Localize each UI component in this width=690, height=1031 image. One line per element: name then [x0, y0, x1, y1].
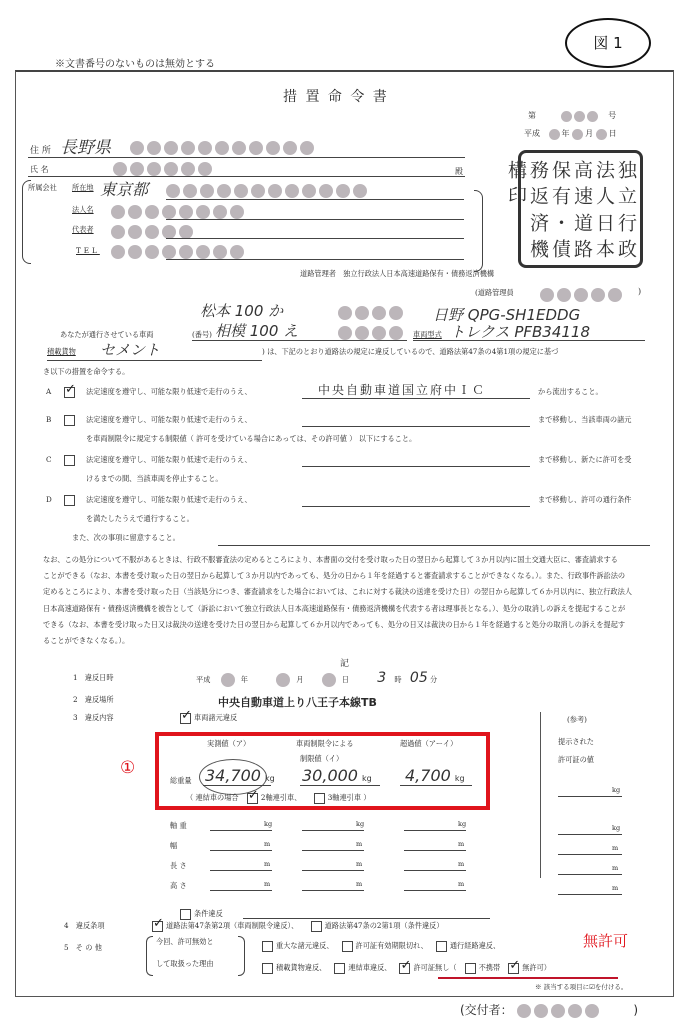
other-option-text: 積載貨物違反、	[276, 963, 326, 972]
redacted-mark	[517, 1004, 531, 1018]
redacted-mark	[572, 129, 583, 140]
spec-violation-checkbox[interactable]	[180, 713, 191, 724]
reference-divider	[540, 712, 541, 878]
order-continuation: を車両制限令に規定する制限値（ 許可を受けている場合にあっては、その許可値 ） …	[86, 431, 416, 447]
seal-char: 務	[527, 156, 549, 183]
measure-blank-line	[302, 850, 364, 851]
measure-unit: m	[458, 860, 464, 868]
redacted-mark	[587, 111, 598, 122]
also-comply: また、次の事項に留意すること。	[72, 530, 180, 546]
measure-blank-line	[210, 830, 272, 831]
order-checkbox[interactable]	[64, 415, 75, 426]
reference-unit: m	[612, 884, 618, 892]
measure-blank-line	[404, 850, 466, 851]
col-excess: 超過値（アーイ）	[400, 736, 457, 752]
reference-line1: 提示された	[558, 734, 594, 750]
hour-unit: 時	[394, 675, 401, 684]
road-manager-redacted	[540, 284, 625, 303]
other-option-text: 連結車違反、	[348, 963, 391, 972]
trailer-3axle-text: 3軸連引車 ）	[328, 793, 371, 802]
other-option: 無許可）	[508, 963, 551, 972]
month-unit: 月	[296, 675, 303, 684]
gross-weight-label: 総重量	[170, 773, 192, 789]
seal-char: 本	[593, 236, 615, 263]
issuer-close: )	[633, 1003, 638, 1017]
redacted-mark	[549, 129, 560, 140]
col-limit-line1: 車両制限令による	[296, 736, 354, 752]
plate-line-1: 松本 100 か	[200, 300, 283, 321]
no-permit-annotation: 無許可	[583, 930, 628, 951]
other-options-row1: 重大な諸元違反、許可証有効期限切れ、通行経路違反、	[262, 938, 508, 954]
other-options-row2: 積載貨物違反、連結車違反、許可証無し（不携帯無許可）	[262, 960, 559, 976]
redacted-mark	[221, 673, 235, 687]
measure-blank-line	[210, 870, 272, 871]
plate-line-2: 相模 100 え	[215, 320, 298, 341]
gross-limit: 30,000kg	[302, 766, 372, 785]
other-option-checkbox[interactable]	[342, 941, 353, 952]
order-tail: から流出すること。	[538, 384, 603, 400]
redacted-mark	[276, 673, 290, 687]
violation-content: 車両諸元違反	[180, 710, 237, 726]
address-label: 住 所	[30, 143, 51, 156]
col-actual: 実測値（ア）	[207, 736, 250, 752]
other-option-checkbox[interactable]	[334, 963, 345, 974]
other-option-checkbox[interactable]	[436, 941, 447, 952]
seal-char: 行	[615, 209, 637, 236]
reference-blank-line	[558, 874, 622, 875]
other-option-text: 無許可）	[522, 963, 551, 972]
other-option-text: 通行経路違反、	[450, 941, 500, 950]
name-label: 氏 名	[30, 164, 49, 175]
name-redacted	[113, 158, 215, 177]
day-unit: 日	[342, 675, 349, 684]
other-option: 不携帯	[465, 963, 501, 972]
clause-47-2-1-text: 道路法第47条の2第1項（条件違反）	[325, 921, 444, 930]
measure-unit: m	[458, 840, 464, 848]
order-text: 法定速度を遵守し、可能な限り低速で走行のうえ、	[86, 452, 252, 468]
redacted-mark	[322, 673, 336, 687]
order-letter: A	[46, 384, 51, 400]
other-option: 重大な諸元違反、	[262, 941, 334, 950]
measure-unit: m	[458, 880, 464, 888]
clause-47-2-checkbox[interactable]	[152, 921, 163, 932]
year-unit: 年	[241, 675, 248, 684]
company-location-label: 所在地	[72, 180, 94, 196]
order-checkbox[interactable]	[64, 387, 75, 398]
plate-line-1-redacted	[338, 302, 406, 321]
order-text: 法定速度を遵守し、可能な限り低速で走行のうえ、	[86, 492, 252, 508]
redacted-mark	[534, 1004, 548, 1018]
violation-place-label: 2 違反場所	[73, 692, 114, 708]
tel-label: TEL	[76, 243, 100, 259]
seal-char: 立	[615, 183, 637, 210]
other-option: 連結車違反、	[334, 963, 391, 972]
corporation-redacted	[111, 201, 247, 220]
seal-char: 政	[615, 236, 637, 263]
company-location-value: 東京都	[100, 177, 148, 200]
record-heading: 記	[340, 656, 349, 669]
seal-char: 速	[571, 183, 593, 210]
order-continuation: けるまでの間、当該車両を停止すること。	[86, 471, 223, 487]
measure-unit: kg	[458, 820, 466, 828]
other-option: 許可証無し（	[399, 963, 456, 972]
official-seal: 独立行政法人日本高速道路保有・債務返済機構印	[518, 150, 643, 268]
trailer-note: （ 連結車の場合 2軸連引車、 3軸連引車 ）	[186, 790, 371, 806]
reference-line2: 許可証の値	[558, 752, 594, 768]
seal-char: 済	[527, 209, 549, 236]
seal-char: 構	[505, 156, 527, 183]
other-option-checkbox[interactable]	[465, 963, 476, 974]
measure-unit: m	[356, 840, 362, 848]
other-option-checkbox[interactable]	[508, 963, 519, 974]
minute-unit: 分	[430, 675, 437, 684]
reference-blank-line	[558, 834, 622, 835]
measure-blank-line	[302, 830, 364, 831]
seal-char: ・	[549, 209, 571, 236]
appeal-line: 日本高速道路保有・債務返済機構を被告として（訴訟において独立行政法人日本高速道路…	[43, 601, 648, 617]
reference-unit: m	[612, 864, 618, 872]
date-month: 月	[585, 129, 593, 138]
redacted-mark	[551, 1004, 565, 1018]
measure-unit: m	[264, 840, 270, 848]
seal-char: 機	[527, 236, 549, 263]
company-label: 所属会社	[28, 180, 57, 196]
trailer-2axle-text: 2軸連引車、	[261, 793, 302, 802]
model-line-2: トレクス PFB34118	[450, 321, 590, 342]
violation-datetime: 平成 年 月 日 3 時 05 分	[196, 670, 437, 688]
measure-row-label: 長 さ	[170, 858, 187, 874]
other-option-checkbox[interactable]	[399, 963, 410, 974]
measure-blank-line	[404, 830, 466, 831]
order-tail: まで移動し、許可の通行条件	[538, 492, 631, 508]
appeal-line: ことができる（なお、本書を受け取った日の翌日から起算して３か月以内であっても、処…	[43, 568, 648, 584]
seal-char: 人	[593, 183, 615, 210]
other-option-checkbox[interactable]	[262, 941, 273, 952]
road-manager-label: (道路管理員	[475, 285, 514, 301]
redacted-mark	[596, 129, 607, 140]
representative-label: 代表者	[72, 222, 94, 238]
cargo-value: セメント	[100, 339, 160, 360]
seal-char: 債	[549, 236, 571, 263]
other-option-text: 許可証無し（	[413, 963, 456, 972]
validity-notice: ※文書番号のないものは無効とする	[55, 55, 215, 70]
tel-redacted	[111, 241, 247, 260]
other-option: 積載貨物違反、	[262, 963, 326, 972]
other-option-text: 不携帯	[479, 963, 501, 972]
condition-violation-text: 条件違反	[194, 909, 223, 918]
reason-line2: して取扱った理由	[156, 956, 214, 972]
measure-blank-line	[302, 890, 364, 891]
reference-blank-line	[558, 894, 622, 895]
trailer-2axle-checkbox[interactable]	[247, 793, 258, 804]
address-value: 長野県	[60, 133, 111, 158]
redacted-mark	[561, 111, 572, 122]
measure-unit: m	[264, 880, 270, 888]
reason-bracket-right	[238, 936, 245, 976]
era: 平成	[196, 675, 210, 684]
issuer-label: (交付者：	[460, 1003, 513, 1017]
seal-char: 日	[593, 209, 615, 236]
clause-47-2-text: 道路法第47条第2項（車両制限令違反）、	[166, 921, 298, 930]
measure-unit: kg	[356, 820, 364, 828]
clause-47-2-1-checkbox[interactable]	[311, 921, 322, 932]
violation-datetime-label: 1 違反日時	[73, 670, 114, 686]
other-option: 許可証有効期限切れ、	[342, 941, 428, 950]
violation-clause-label: 4 違反条項	[64, 918, 105, 934]
violation-clause: 道路法第47条第2項（車両制限令違反）、 道路法第47条の2第1項（条件違反）	[152, 918, 444, 934]
cargo-label: 積載貨物	[47, 344, 76, 360]
hour-value: 3	[377, 670, 386, 686]
reference-blank-line	[558, 854, 622, 855]
gross-excess: 4,700kg	[405, 766, 465, 785]
reference-blank-line	[558, 796, 622, 797]
issuer-footer: (交付者： )	[460, 1001, 638, 1018]
redacted-mark	[568, 1004, 582, 1018]
order-tail: まで移動し、新たに許可を受	[538, 452, 631, 468]
seal-char: 道	[571, 209, 593, 236]
appeal-line: できる（なお、本書を受け取った日又は裁決の送達を受けた日の翌日から起算して６か月…	[43, 617, 648, 633]
appeal-notice: なお、この処分について不服があるときは、行政不服審査法の定めるところにより、本書…	[43, 552, 648, 649]
measure-row-label: 軸 重	[170, 818, 187, 834]
reference-unit: kg	[612, 824, 620, 832]
seal-char: 独	[615, 156, 637, 183]
order-text: 法定速度を遵守し、可能な限り低速で走行のうえ、	[86, 412, 252, 428]
violation-place: 中央自動車道上り八王子本線TB	[218, 694, 377, 710]
measure-blank-line	[404, 870, 466, 871]
measure-unit: m	[264, 860, 270, 868]
redacted-mark	[585, 1004, 599, 1018]
reference-label: (参考)	[567, 712, 587, 728]
road-manager-close: )	[638, 287, 641, 296]
order-destination: 中央自動車道国立府中ＩＣ	[318, 381, 486, 398]
plate-line-2-redacted	[338, 322, 406, 341]
col-limit-line2: 制限値（イ）	[300, 751, 343, 767]
other-option-checkbox[interactable]	[262, 963, 273, 974]
other-option-text: 重大な諸元違反、	[276, 941, 334, 950]
measure-blank-line	[404, 890, 466, 891]
trailer-3axle-checkbox[interactable]	[314, 793, 325, 804]
measure-blank-line	[210, 850, 272, 851]
measure-unit: kg	[264, 820, 272, 828]
redacted-mark	[574, 111, 585, 122]
order-intro: き以下の措置を命令する。	[43, 364, 129, 380]
other-option-text: 許可証有効期限切れ、	[356, 941, 428, 950]
road-manager-text: 道路管理者 独立行政法人日本高速道路保有・債務返済機構	[300, 266, 494, 282]
violation-content-label: 3 違反内容	[73, 710, 114, 726]
seal-char: 高	[571, 156, 593, 183]
spec-violation-text: 車両諸元違反	[194, 713, 237, 722]
seal-char: 有	[549, 183, 571, 210]
order-letter: B	[46, 412, 51, 428]
gross-actual: 34,700kg	[205, 766, 275, 785]
order-continuation: を満たしたうえで通行すること。	[86, 511, 194, 527]
appeal-line: ることができなくなる。）。	[43, 633, 648, 649]
order-blank-line	[302, 426, 530, 427]
page-title: 措 置 命 令 書	[283, 86, 389, 106]
order-checkbox[interactable]	[64, 495, 75, 506]
appeal-line: 定めるところにより、本書を受け取った日（当該処分につき、審査請求をした場合におい…	[43, 584, 648, 600]
reason-line1: 今回、許可無効と	[156, 934, 214, 950]
bracket-right	[474, 190, 483, 272]
reason-bracket-left	[146, 936, 153, 976]
reference-unit: m	[612, 844, 618, 852]
date-year: 年	[562, 129, 570, 138]
reference-unit: kg	[612, 786, 620, 794]
order-blank-line	[302, 506, 530, 507]
date-day: 日	[609, 129, 617, 138]
doc-number: 第 号	[528, 110, 616, 122]
measure-blank-line	[302, 870, 364, 871]
doc-number-suffix: 号	[608, 111, 616, 120]
doc-number-prefix: 第	[528, 111, 536, 120]
order-text: 法定速度を遵守し、可能な限り低速で走行のうえ、	[86, 384, 252, 400]
other-option: 通行経路違反、	[436, 941, 500, 950]
red-underline	[438, 977, 618, 979]
measure-row-label: 幅	[170, 838, 177, 854]
seal-char: 法	[593, 156, 615, 183]
measure-blank-line	[210, 890, 272, 891]
measure-row-label: 高 さ	[170, 878, 187, 894]
seal-char: 保	[549, 156, 571, 183]
trailer-note-open: （ 連結車の場合	[186, 793, 239, 802]
appeal-line: なお、この処分について不服があるときは、行政不服審査法の定めるところにより、本書…	[43, 552, 648, 568]
order-letter: D	[46, 492, 52, 508]
cargo-trailing: ) は、下記のとおり道路法の規定に違反しているので、道路法第47条の4第1項の規…	[262, 344, 558, 360]
seal-char: 路	[571, 236, 593, 263]
seal-char: 印	[505, 183, 527, 210]
footnote: ※ 該当する項目に☑を付ける。	[535, 982, 627, 991]
minute-value: 05	[410, 670, 428, 686]
issue-date: 平成 年 月 日	[524, 128, 617, 140]
figure-label: 図 1	[565, 18, 651, 68]
marker-1: ①	[120, 758, 135, 778]
order-tail: まで移動し、当該車両の諸元	[538, 412, 631, 428]
order-letter: C	[46, 452, 52, 468]
seal-char: 返	[527, 183, 549, 210]
order-blank-line	[302, 398, 530, 399]
measure-unit: m	[356, 860, 362, 868]
order-blank-line	[302, 466, 530, 467]
corporation-label: 法人名	[72, 202, 94, 218]
address-redacted	[130, 137, 317, 156]
measure-unit: m	[356, 880, 362, 888]
order-checkbox[interactable]	[64, 455, 75, 466]
other-label: 5 そ の 他	[64, 940, 102, 956]
date-era: 平成	[524, 129, 540, 138]
company-location-redacted	[166, 180, 370, 199]
